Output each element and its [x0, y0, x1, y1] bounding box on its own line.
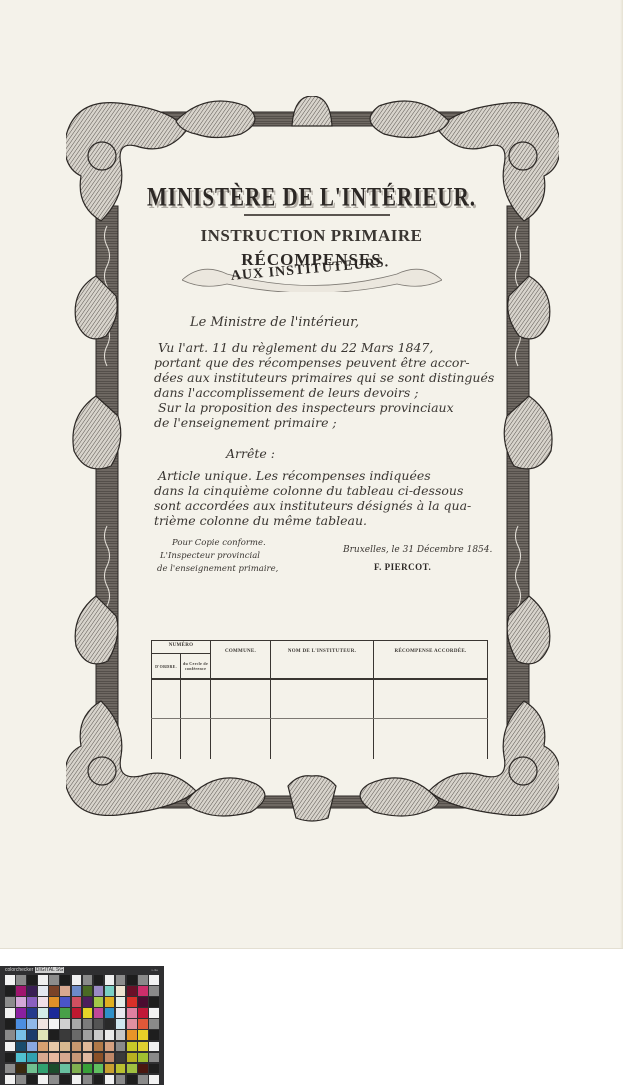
- color-swatch: [60, 1064, 70, 1074]
- color-swatch: [38, 1075, 48, 1085]
- color-swatch: [105, 1053, 115, 1063]
- color-swatch: [60, 1042, 70, 1052]
- table-cell: [211, 679, 271, 719]
- table-cell: [374, 719, 488, 760]
- heading-divider: [244, 214, 390, 216]
- color-swatch: [16, 1053, 26, 1063]
- article-line-4: trième colonne du même tableau.: [154, 513, 367, 528]
- color-swatch: [127, 1042, 137, 1052]
- color-swatch: [49, 1030, 59, 1040]
- table-cell: [374, 679, 488, 719]
- color-swatch: [16, 1008, 26, 1018]
- color-swatch: [105, 986, 115, 996]
- color-swatch: [149, 997, 159, 1007]
- color-swatch: [49, 1008, 59, 1018]
- color-swatch: [138, 1008, 148, 1018]
- color-swatch: [116, 1019, 126, 1029]
- color-swatch: [116, 997, 126, 1007]
- color-swatch: [105, 1019, 115, 1029]
- instituteur-header: NOM DE L'INSTITUTEUR.: [271, 641, 374, 680]
- color-swatch: [60, 975, 70, 985]
- color-swatch: [72, 1075, 82, 1085]
- awards-table: NUMÉRO COMMUNE. NOM DE L'INSTITUTEUR. RÉ…: [151, 640, 488, 759]
- color-swatch: [127, 1064, 137, 1074]
- color-swatch: [5, 1064, 15, 1074]
- color-swatch: [116, 1064, 126, 1074]
- color-swatch: [27, 986, 37, 996]
- color-swatch: [116, 986, 126, 996]
- color-swatch: [27, 1008, 37, 1018]
- color-swatch: [72, 986, 82, 996]
- color-swatch: [16, 1075, 26, 1085]
- color-swatch: [127, 1030, 137, 1040]
- color-swatch: [149, 1075, 159, 1085]
- color-swatch: [49, 975, 59, 985]
- color-swatch: [138, 1030, 148, 1040]
- color-swatch: [16, 1064, 26, 1074]
- color-swatch: [83, 1030, 93, 1040]
- color-swatch: [94, 1075, 104, 1085]
- color-swatch: [149, 1030, 159, 1040]
- color-swatch: [60, 986, 70, 996]
- color-swatch: [60, 1008, 70, 1018]
- color-swatch: [5, 1042, 15, 1052]
- document-paper: MINISTÈRE DE L'INTÉRIEUR. INSTRUCTION PR…: [0, 0, 623, 949]
- color-swatch: [149, 975, 159, 985]
- color-swatch: [138, 975, 148, 985]
- table-cell: [181, 679, 211, 719]
- table-cell: [211, 719, 271, 760]
- color-swatch: [127, 986, 137, 996]
- color-swatch: [38, 1064, 48, 1074]
- table-cell: [152, 679, 181, 719]
- color-swatch: [138, 1075, 148, 1085]
- color-swatch: [105, 1030, 115, 1040]
- color-swatch: [83, 1053, 93, 1063]
- color-swatch: [5, 975, 15, 985]
- color-swatch: [5, 986, 15, 996]
- color-swatch: [27, 1042, 37, 1052]
- color-swatch: [5, 1019, 15, 1029]
- color-swatch: [16, 1030, 26, 1040]
- ordre-header: D'ORDRE.: [152, 654, 181, 680]
- color-swatch: [94, 1053, 104, 1063]
- arrete-label: Arrête :: [226, 446, 275, 461]
- color-swatch: [138, 1064, 148, 1074]
- color-swatch: [16, 997, 26, 1007]
- inspector-title: L'Inspecteur provincial: [160, 550, 260, 562]
- color-swatch: [127, 1019, 137, 1029]
- color-swatch: [149, 1042, 159, 1052]
- table-cell: [271, 719, 374, 760]
- color-swatch: [5, 1008, 15, 1018]
- article-line-3: sont accordées aux instituteurs désignés…: [154, 498, 471, 513]
- preamble-line-1: Vu l'art. 11 du règlement du 22 Mars 184…: [158, 340, 433, 355]
- color-swatch: [27, 1075, 37, 1085]
- color-swatch: [60, 1019, 70, 1029]
- color-swatch: [94, 997, 104, 1007]
- color-swatch: [27, 1053, 37, 1063]
- color-swatch: [16, 1019, 26, 1029]
- color-swatch: [149, 986, 159, 996]
- color-swatch: [105, 1064, 115, 1074]
- color-swatch: [49, 1019, 59, 1029]
- color-swatch: [38, 1008, 48, 1018]
- color-swatch: [72, 1053, 82, 1063]
- ministry-heading: MINISTÈRE DE L'INTÉRIEUR.: [0, 182, 623, 213]
- color-swatch: [83, 986, 93, 996]
- color-swatch: [27, 975, 37, 985]
- color-swatch: [138, 1053, 148, 1063]
- color-swatch: [49, 1042, 59, 1052]
- color-swatch: [105, 975, 115, 985]
- color-swatch: [38, 1053, 48, 1063]
- color-swatch: [149, 1053, 159, 1063]
- color-swatch: [72, 1019, 82, 1029]
- color-swatch: [5, 1030, 15, 1040]
- color-swatch: [149, 1008, 159, 1018]
- table-cell: [152, 719, 181, 760]
- color-swatch: [127, 1075, 137, 1085]
- color-swatch: [149, 1064, 159, 1074]
- color-swatch: [105, 997, 115, 1007]
- commune-header: COMMUNE.: [211, 641, 271, 680]
- color-swatch: [83, 1042, 93, 1052]
- color-swatch: [94, 1008, 104, 1018]
- color-swatch: [49, 1053, 59, 1063]
- color-swatch: [83, 1019, 93, 1029]
- color-swatch: [127, 1053, 137, 1063]
- numero-header: NUMÉRO: [152, 641, 211, 654]
- color-swatch: [94, 986, 104, 996]
- color-swatch: [127, 975, 137, 985]
- color-swatch: [16, 986, 26, 996]
- color-swatch: [60, 1030, 70, 1040]
- table-cell: [181, 719, 211, 760]
- color-swatch: [72, 997, 82, 1007]
- color-swatch: [94, 1042, 104, 1052]
- checker-swatches: [5, 975, 159, 1084]
- color-swatch: [27, 1019, 37, 1029]
- color-swatch: [38, 986, 48, 996]
- color-swatch: [5, 1075, 15, 1085]
- inspector-subtitle: de l'enseignement primaire,: [157, 563, 278, 575]
- article-line-1: Article unique. Les récompenses indiquée…: [158, 468, 431, 483]
- recompense-header: RÉCOMPENSE ACCORDÉE.: [374, 641, 488, 680]
- color-swatch: [116, 975, 126, 985]
- color-swatch: [127, 1008, 137, 1018]
- color-swatch: [138, 997, 148, 1007]
- color-swatch: [105, 1008, 115, 1018]
- color-swatch: [116, 1030, 126, 1040]
- checker-brand: colorchecker DIGITAL SG: [5, 967, 64, 973]
- color-swatch: [49, 986, 59, 996]
- color-swatch: [27, 1030, 37, 1040]
- table-row: [152, 679, 488, 719]
- color-swatch: [38, 975, 48, 985]
- preamble-line-4: dans l'accomplissement de leurs devoirs …: [154, 385, 418, 400]
- color-swatch: [116, 1075, 126, 1085]
- color-checker-chart: colorchecker DIGITAL SG x-rite: [0, 966, 164, 1085]
- color-swatch: [38, 997, 48, 1007]
- color-swatch: [38, 1030, 48, 1040]
- color-swatch: [94, 975, 104, 985]
- color-swatch: [105, 1042, 115, 1052]
- color-swatch: [149, 1019, 159, 1029]
- color-swatch: [83, 975, 93, 985]
- color-swatch: [60, 1053, 70, 1063]
- preamble-line-3: dées aux instituteurs primaires qui se s…: [154, 370, 494, 385]
- color-swatch: [27, 1064, 37, 1074]
- color-swatch: [116, 1053, 126, 1063]
- color-swatch: [138, 1019, 148, 1029]
- color-swatch: [138, 986, 148, 996]
- color-swatch: [83, 1064, 93, 1074]
- color-swatch: [72, 1030, 82, 1040]
- color-swatch: [83, 1075, 93, 1085]
- article-line-2: dans la cinquième colonne du tableau ci-…: [154, 483, 463, 498]
- preamble-line-5: Sur la proposition des inspecteurs provi…: [158, 400, 454, 415]
- color-swatch: [38, 1042, 48, 1052]
- color-swatch: [49, 1075, 59, 1085]
- color-swatch: [49, 1064, 59, 1074]
- cercle-header: du Cercle de conférence: [181, 654, 211, 680]
- preamble-line-2: portant que des récompenses peuvent être…: [154, 355, 470, 370]
- color-swatch: [72, 975, 82, 985]
- color-swatch: [94, 1019, 104, 1029]
- color-swatch: [16, 975, 26, 985]
- checker-label: x-rite: [151, 968, 158, 972]
- color-swatch: [94, 1030, 104, 1040]
- color-swatch: [5, 997, 15, 1007]
- color-swatch: [49, 997, 59, 1007]
- color-swatch: [105, 1075, 115, 1085]
- color-swatch: [5, 1053, 15, 1063]
- color-swatch: [72, 1042, 82, 1052]
- color-swatch: [60, 997, 70, 1007]
- color-swatch: [83, 997, 93, 1007]
- copy-conforme: Pour Copie conforme.: [172, 537, 266, 549]
- table-row: [152, 719, 488, 760]
- color-swatch: [60, 1075, 70, 1085]
- color-swatch: [116, 1008, 126, 1018]
- color-swatch: [83, 1008, 93, 1018]
- color-swatch: [27, 997, 37, 1007]
- color-swatch: [116, 1042, 126, 1052]
- color-swatch: [72, 1064, 82, 1074]
- color-swatch: [38, 1019, 48, 1029]
- color-swatch: [16, 1042, 26, 1052]
- preamble-line-6: de l'enseignement primaire ;: [154, 415, 337, 430]
- place-date: Bruxelles, le 31 Décembre 1854.: [343, 544, 492, 556]
- color-swatch: [72, 1008, 82, 1018]
- color-swatch: [127, 997, 137, 1007]
- color-swatch: [138, 1042, 148, 1052]
- signature: F. PIERCOT.: [374, 562, 431, 572]
- salutation: Le Ministre de l'intérieur,: [190, 315, 359, 330]
- color-swatch: [94, 1064, 104, 1074]
- instruction-subheading: INSTRUCTION PRIMAIRE: [0, 226, 623, 246]
- table-cell: [271, 679, 374, 719]
